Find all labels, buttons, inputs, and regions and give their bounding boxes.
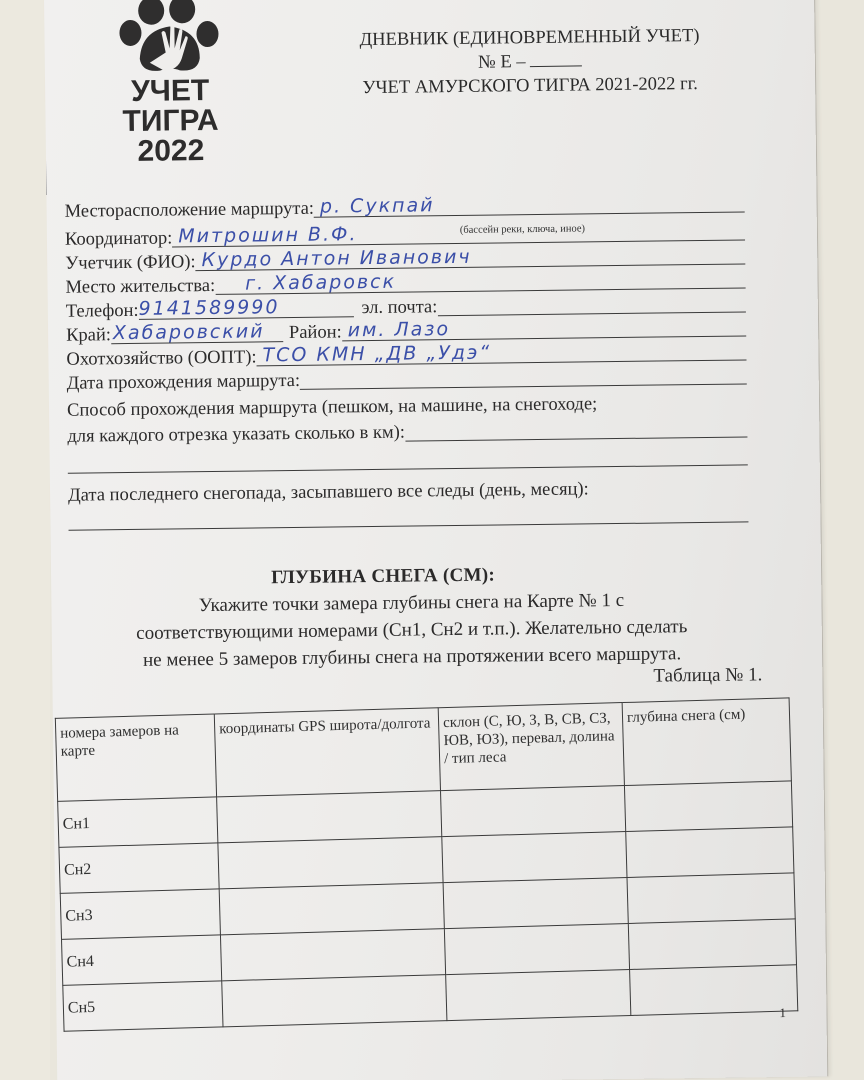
slope-cell[interactable]	[443, 878, 628, 929]
hunting-area-label: Охотхозяйство (ООПТ):	[66, 345, 256, 371]
document-header: ДНЕВНИК (ЕДИНОВРЕМЕННЫЙ УЧЕТ) № Е – УЧЕТ…	[294, 23, 765, 101]
measurement-id: Сн3	[60, 889, 220, 939]
route-date-label: Дата прохождения маршрута:	[67, 369, 301, 396]
depth-cell[interactable]	[626, 827, 794, 878]
coordinator-label: Координатор:	[65, 226, 173, 251]
column-header-id: номера замеров на карте	[55, 714, 216, 801]
registration-form: Месторасположение маршрута: р. Сукпай (б…	[64, 185, 748, 530]
hunting-area-field[interactable]: ТСО КМН „ДВ „Удэ“	[256, 341, 746, 366]
gps-cell[interactable]	[219, 883, 444, 935]
gps-cell[interactable]	[222, 975, 447, 1027]
depth-cell[interactable]	[624, 781, 792, 832]
depth-cell[interactable]	[628, 919, 796, 970]
header-subtitle: УЧЕТ АМУРСКОГО ТИГРА 2021-2022 гг.	[295, 71, 765, 101]
measurement-id: Сн4	[62, 935, 222, 985]
slope-cell[interactable]	[441, 786, 626, 837]
counter-label: Учетчик (ФИО):	[65, 250, 196, 276]
depth-cell[interactable]	[627, 873, 795, 924]
route-location-row: Месторасположение маршрута: р. Сукпай	[64, 185, 744, 223]
desk-background	[0, 0, 50, 1080]
slope-cell[interactable]	[442, 832, 627, 883]
snow-depth-instructions: Укажите точки замера глубины снега на Ка…	[61, 585, 762, 675]
krai-field[interactable]: Хабаровский	[111, 323, 283, 344]
snow-depth-table: номера замеров на карте координаты GPS ш…	[55, 697, 798, 1031]
route-location-label: Месторасположение маршрута:	[64, 197, 314, 224]
residence-field[interactable]: г. Хабаровск	[215, 269, 746, 294]
logo-line-3: 2022	[111, 136, 231, 167]
route-method-label-2: для каждого отрезка указать сколько в км…	[67, 421, 405, 449]
column-header-gps: координаты GPS широта/долгота	[214, 708, 440, 797]
krai-label: Край:	[66, 323, 111, 348]
column-header-slope: склон (С, Ю, З, В, СВ, СЗ, ЮВ, ЮЗ), пере…	[438, 703, 624, 791]
logo-line-2: ТИГРА	[110, 106, 230, 137]
last-snowfall-label: Дата последнего снегопада, засыпавшего в…	[68, 477, 589, 507]
route-date-field[interactable]	[300, 365, 747, 389]
number-field[interactable]	[530, 65, 582, 67]
route-location-field[interactable]: р. Сукпай	[314, 193, 745, 217]
measurement-id: Сн5	[63, 981, 223, 1031]
email-field[interactable]	[437, 293, 746, 316]
last-snowfall-row: Дата последнего снегопада, засыпавшего в…	[68, 465, 748, 507]
slope-cell[interactable]	[444, 923, 629, 974]
phone-field[interactable]: 9141589990	[138, 298, 353, 320]
page-number: 1	[779, 1005, 786, 1021]
counter-field[interactable]: Курдо Антон Иванович	[195, 245, 745, 271]
district-field[interactable]: им. Лазо	[342, 317, 747, 341]
tiger-paw-with-hand-icon	[119, 0, 220, 77]
slope-cell[interactable]	[446, 969, 631, 1020]
gps-cell[interactable]	[218, 837, 443, 889]
district-label: Район:	[289, 320, 342, 345]
column-header-depth: глубина снега (см)	[622, 698, 791, 786]
form-page: УЧЕТ ТИГРА 2022 ДНЕВНИК (ЕДИНОВРЕМЕННЫЙ …	[44, 0, 827, 1080]
table-label: Таблица № 1.	[653, 664, 762, 687]
depth-cell[interactable]	[630, 965, 798, 1016]
gps-cell[interactable]	[220, 929, 445, 981]
measurement-id: Сн1	[58, 797, 218, 847]
gps-cell[interactable]	[217, 791, 442, 843]
logo-line-1: УЧЕТ	[110, 76, 230, 107]
route-method-field[interactable]	[405, 418, 748, 441]
logo: УЧЕТ ТИГРА 2022	[109, 0, 231, 167]
measurement-id: Сн2	[59, 843, 219, 893]
snow-depth-title: ГЛУБИНА СНЕГА (СМ):	[271, 565, 495, 590]
